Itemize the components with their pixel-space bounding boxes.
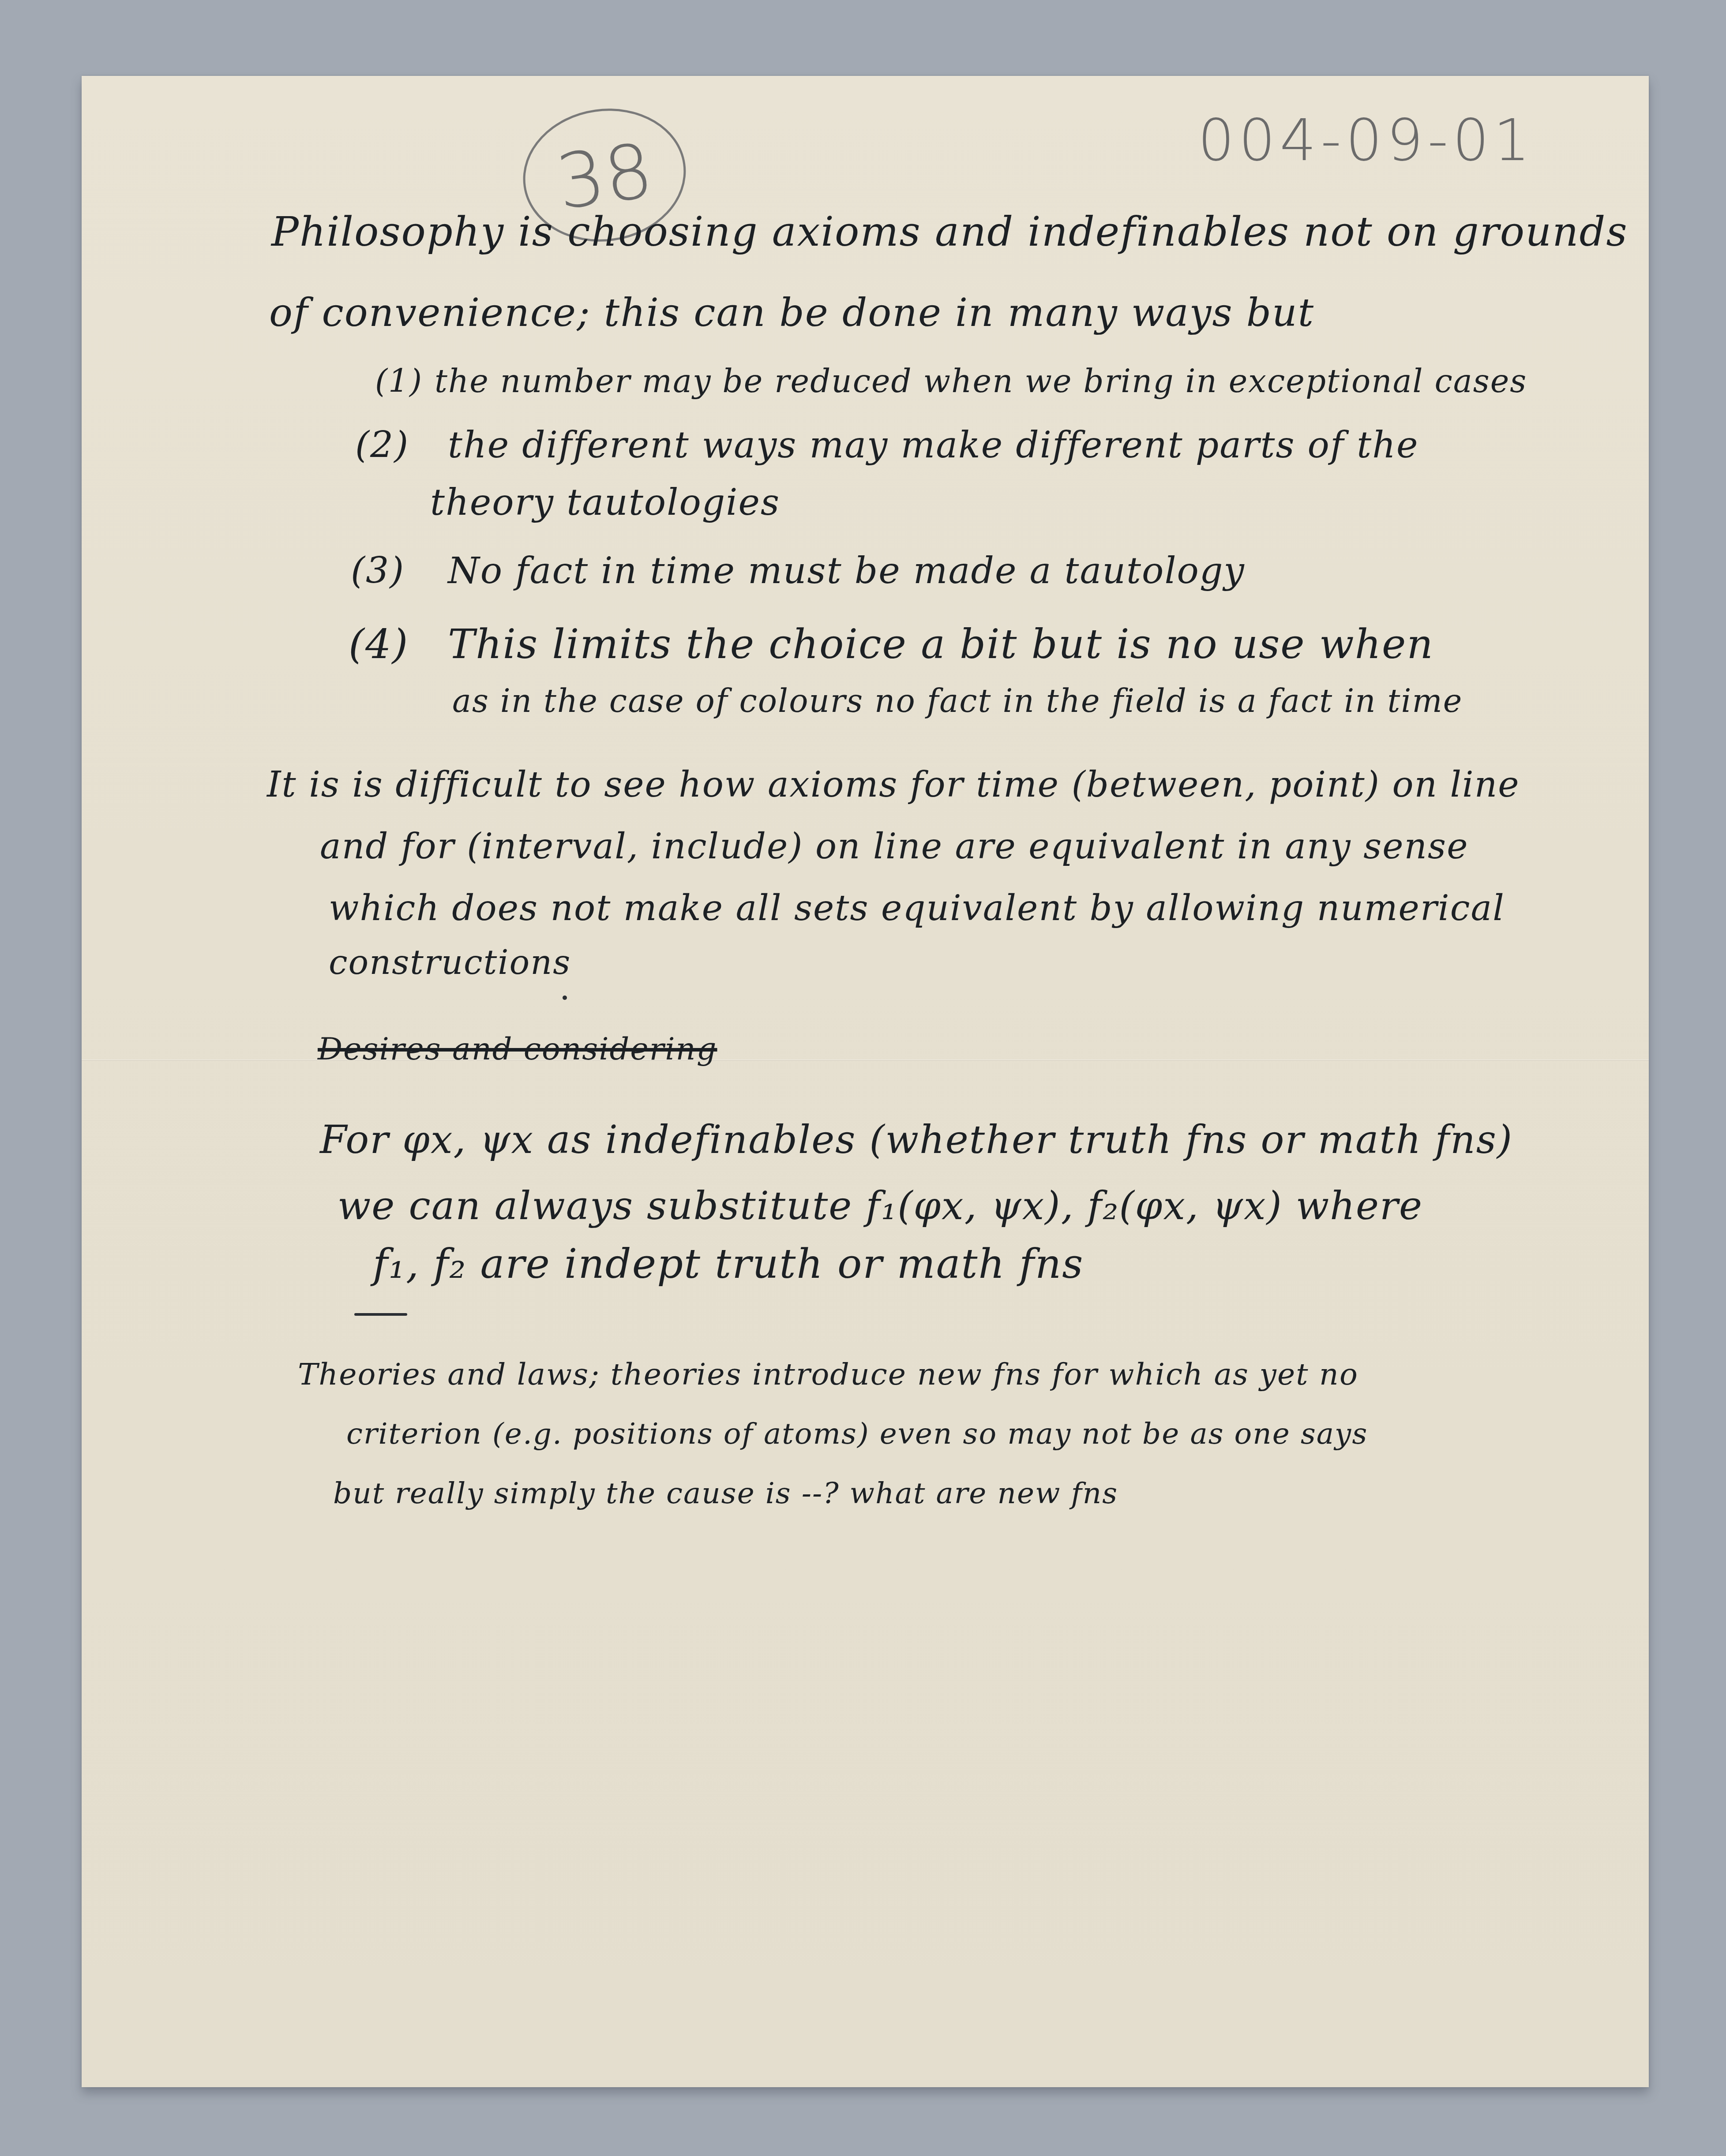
accession-number: 004-09-01 bbox=[1198, 107, 1535, 174]
text-line: Theories and laws; theories introduce ne… bbox=[298, 1357, 1358, 1392]
section-divider-dash bbox=[354, 1313, 407, 1316]
list-marker: (4) bbox=[349, 621, 409, 668]
text-line: which does not make all sets equivalent … bbox=[329, 887, 1505, 928]
text-line: of convenience; this can be done in many… bbox=[269, 290, 1314, 335]
text-line: constructions bbox=[329, 943, 571, 982]
ink-dot bbox=[563, 996, 567, 1000]
list-item: the different ways may make different pa… bbox=[448, 424, 1419, 466]
text-line: Philosophy is choosing axioms and indefi… bbox=[271, 208, 1628, 255]
struck-heading: Desires and considering bbox=[318, 1031, 717, 1067]
list-item: No fact in time must be made a tautology bbox=[448, 550, 1245, 592]
text-line: criterion (e.g. positions of atoms) even… bbox=[346, 1417, 1368, 1451]
text-line: f₁, f₂ are indept truth or math fns bbox=[373, 1240, 1084, 1288]
paper-fold-crease bbox=[82, 1059, 1649, 1061]
list-marker: (2) bbox=[355, 424, 409, 466]
list-item: the number may be reduced when we bring … bbox=[435, 363, 1527, 400]
list-marker: (3) bbox=[351, 550, 405, 592]
list-item-continued: as in the case of colours no fact in the… bbox=[452, 682, 1463, 719]
text-line: and for (interval, include) on line are … bbox=[320, 826, 1469, 867]
list-marker: (1) bbox=[375, 363, 423, 400]
list-item: This limits the choice a bit but is no u… bbox=[448, 621, 1434, 668]
text-line: but really simply the cause is --? what … bbox=[333, 1476, 1118, 1510]
text-line: we can always substitute f₁(φx, ψx), f₂(… bbox=[338, 1183, 1423, 1228]
text-line: For φx, ψx as indefinables (whether trut… bbox=[320, 1117, 1513, 1162]
text-line: It is is difficult to see how axioms for… bbox=[267, 764, 1520, 805]
list-item-continued: theory tautologies bbox=[430, 482, 780, 524]
manuscript-page: 38 004-09-01 Philosophy is choosing axio… bbox=[82, 76, 1649, 2087]
